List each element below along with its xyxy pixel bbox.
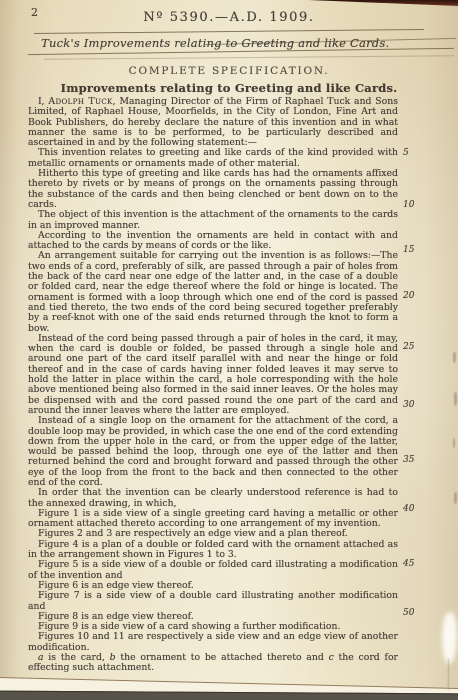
paragraph: Instead of a single loop on the ornament… [28,416,398,488]
figure-description: Figure 1 is a side view of a single gree… [28,509,398,530]
margin-line-number: 40 [403,504,425,514]
horizontal-rule [44,55,454,60]
paragraph: The object of this invention is the atta… [28,210,398,231]
paragraph: An arrangement suitable for carrying out… [28,251,398,333]
paper-crease-mark [448,658,450,690]
margin-line-number: 45 [403,559,425,569]
paragraph: Instead of the cord being passed through… [28,334,398,416]
figure-description: Figure 4 is a plan of a double or folded… [28,540,398,561]
specification-body: I, Adolph Tuck, Managing Director of the… [28,97,398,674]
running-title: Tuck's Improvements relating to Greeting… [0,36,431,50]
paragraph: This invention relates to greeting and l… [28,148,398,169]
section-heading: COMPLETE SPECIFICATION. [0,65,458,77]
margin-line-number: 15 [403,245,425,255]
horizontal-rule [34,29,424,34]
edge-speck [454,492,457,504]
paragraph-reference-letters: a is the card, b the ornament to be atta… [28,653,398,674]
margin-line-number: 10 [403,200,425,210]
figure-description: Figure 7 is a side view of a double card… [28,591,398,612]
paragraph-opening: I, Adolph Tuck, Managing Director of the… [28,97,398,148]
edge-speck [453,438,456,448]
margin-line-number: 25 [403,342,425,352]
margin-line-number: 20 [403,291,425,301]
figure-description: Figures 10 and 11 are respectively a sid… [28,632,398,653]
page-content: 2 Nº 5390.—A.D. 1909. Tuck's Improvement… [0,0,458,700]
edge-speck [453,352,456,363]
paragraph: According to the invention the ornaments… [28,231,398,252]
paragraph: Hitherto this type of greeting and like … [28,169,398,210]
margin-line-number: 50 [403,608,425,618]
edge-speck [454,392,457,406]
patent-number-heading: Nº 5390.—A.D. 1909. [0,10,458,25]
margin-line-number: 5 [403,148,425,158]
margin-line-number: 30 [403,400,425,410]
margin-line-number: 35 [403,455,425,465]
invention-title: Improvements relating to Greeting and li… [0,81,458,95]
paragraph: In order that the invention can be clear… [28,488,398,509]
figure-description: Figure 5 is a side view of a double or f… [28,560,398,581]
scanned-patent-page-photo: 2 Nº 5390.—A.D. 1909. Tuck's Improvement… [0,0,458,700]
